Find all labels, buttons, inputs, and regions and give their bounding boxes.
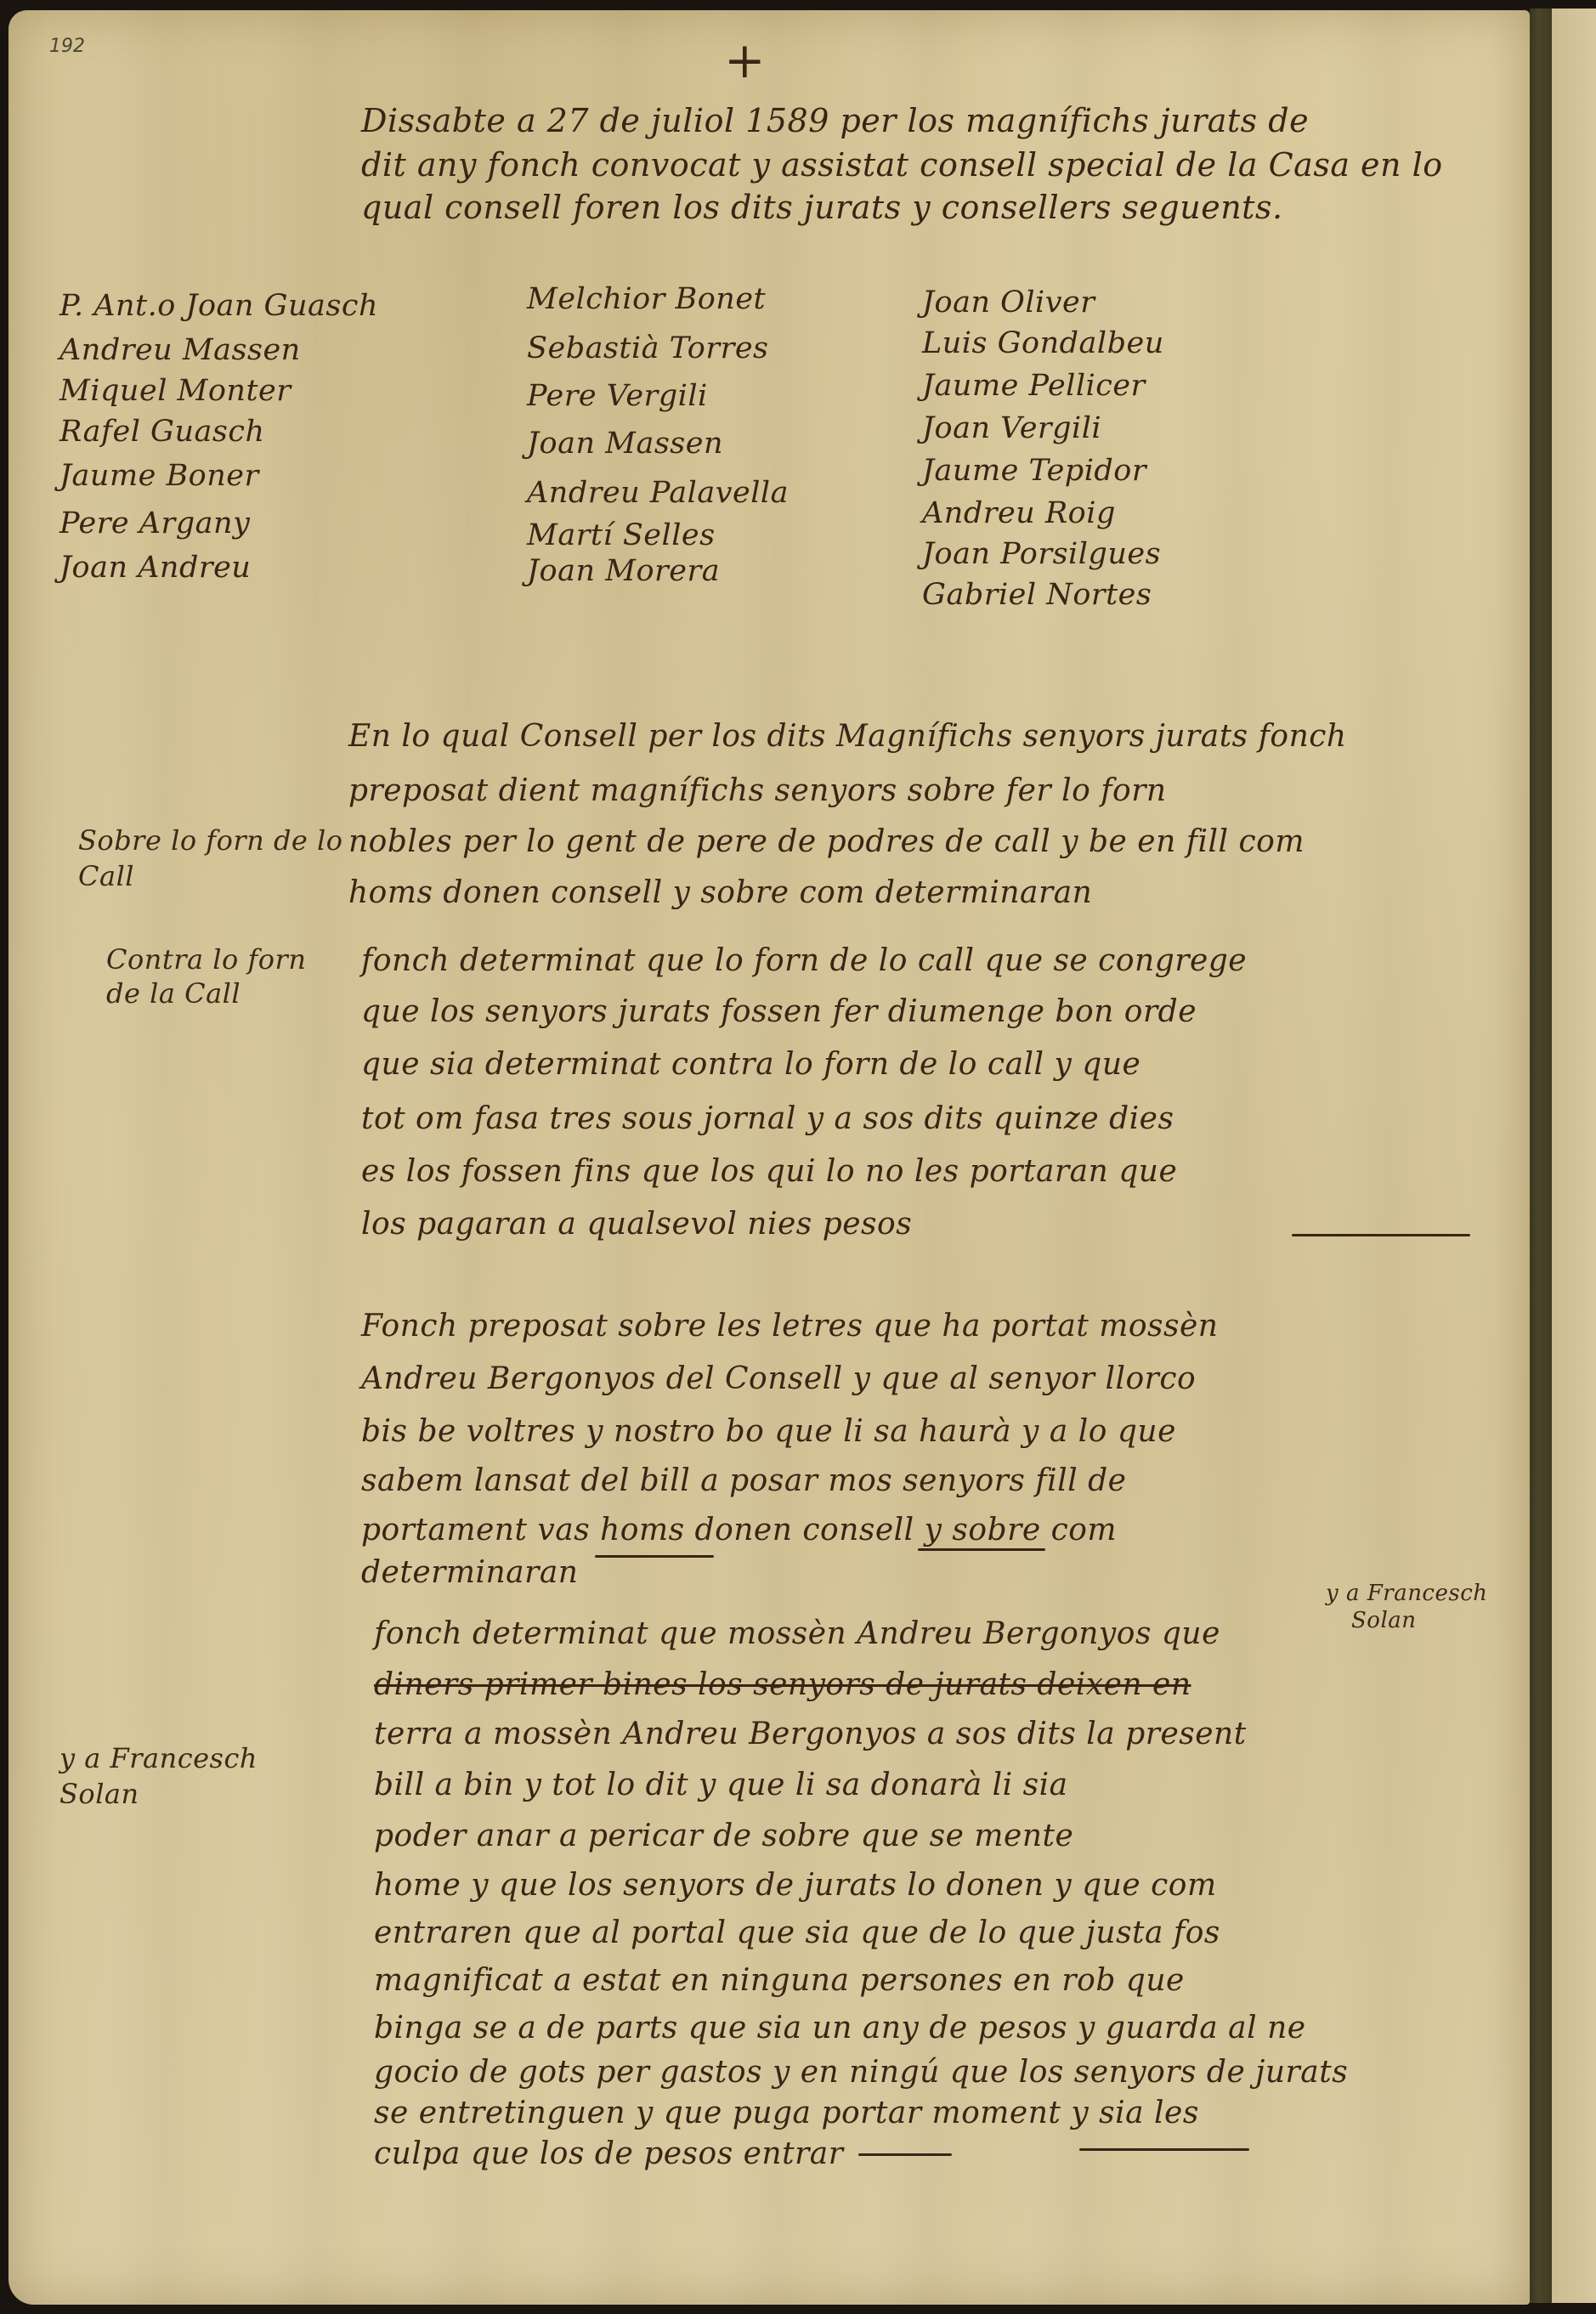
attendee-name: Andreu Massen — [59, 333, 301, 367]
margin-note: Contra lo forn — [106, 943, 306, 976]
body-line: que los senyors jurats fossen fer diumen… — [361, 994, 1197, 1029]
body-line: culpa que los de pesos entrar — [374, 2136, 843, 2171]
margin-note: Solan — [59, 1778, 139, 1810]
body-line: los pagaran a qualsevol nies pesos — [361, 1207, 912, 1242]
body-line: sabem lansat del bill a posar mos senyor… — [361, 1463, 1126, 1498]
interlinear-note: Solan — [1351, 1608, 1417, 1633]
margin-note: Sobre lo forn de lo — [78, 824, 343, 857]
heading-line-1: Dissabte a 27 de juliol 1589 per los mag… — [361, 102, 1309, 139]
heading-line-2: dit any fonch convocat y assistat consel… — [361, 146, 1443, 184]
attendee-name: P. Ant.o Joan Guasch — [59, 289, 378, 323]
body-line: binga se a de parts que sia un any de pe… — [374, 2011, 1306, 2045]
line-filler-rule — [918, 1548, 1045, 1551]
interlinear-note: y a Francesch — [1326, 1581, 1488, 1606]
body-line: nobles per lo gent de pere de podres de … — [348, 824, 1305, 859]
body-line: homs donen consell y sobre com determina… — [348, 875, 1092, 910]
attendee-name: Pere Vergili — [527, 379, 708, 413]
body-line: gocio de gots per gastos y en ningú que … — [374, 2055, 1348, 2090]
body-line: bill a bin y tot lo dit y que li sa dona… — [374, 1768, 1068, 1802]
body-line: fonch determinat que mossèn Andreu Bergo… — [374, 1616, 1220, 1651]
body-line: es los fossen fins que los qui lo no les… — [361, 1154, 1177, 1189]
body-line: determinaran — [361, 1555, 579, 1590]
folio-number: 192 — [49, 36, 85, 57]
body-line: Andreu Bergonyos del Consell y que al se… — [361, 1361, 1196, 1396]
attendee-name: Miquel Monter — [59, 374, 291, 408]
margin-note: y a Francesch — [59, 1742, 258, 1774]
attendee-name: Jaume Boner — [59, 459, 259, 493]
attendee-name: Jaume Pellicer — [922, 369, 1146, 403]
body-line: portament vas homs donen consell y sobre… — [361, 1513, 1117, 1547]
attendee-name: Joan Oliver — [922, 286, 1095, 320]
attendee-name: Andreu Roig — [922, 496, 1116, 530]
line-filler-rule — [858, 2153, 952, 2156]
body-line: se entretinguen y que puga portar moment… — [374, 2096, 1199, 2130]
body-line: bis be voltres y nostro bo que li sa hau… — [361, 1414, 1176, 1449]
body-line: terra a mossèn Andreu Bergonyos a sos di… — [374, 1717, 1247, 1751]
attendee-name: Melchior Bonet — [527, 282, 766, 316]
attendee-name: Joan Morera — [527, 554, 720, 588]
heading-line-3: qual consell foren los dits jurats y con… — [361, 189, 1283, 226]
binding-shadow — [1530, 8, 1552, 2303]
line-filler-rule — [595, 1555, 714, 1558]
attendee-name: Gabriel Nortes — [922, 578, 1152, 612]
attendee-name: Sebastià Torres — [527, 331, 769, 365]
body-line: home y que los senyors de jurats lo done… — [374, 1868, 1217, 1903]
body-line: En lo qual Consell per los dits Magnífic… — [348, 719, 1347, 754]
body-line: magnificat a estat en ninguna persones e… — [374, 1963, 1185, 1998]
attendee-name: Joan Porsilgues — [922, 537, 1161, 571]
attendee-name: Martí Selles — [527, 518, 716, 552]
body-line-struck: diners primer bines los senyors de jurat… — [374, 1667, 1191, 1702]
line-filler-rule — [1079, 2148, 1249, 2151]
attendee-name: Joan Massen — [527, 427, 723, 461]
attendee-name: Joan Andreu — [59, 551, 251, 585]
body-line: fonch determinat que lo forn de lo call … — [361, 943, 1247, 978]
cross-icon: + — [724, 36, 766, 85]
margin-note: Call — [78, 860, 134, 892]
margin-note: de la Call — [106, 977, 241, 1010]
body-line: Fonch preposat sobre les letres que ha p… — [361, 1309, 1218, 1344]
body-line: tot om fasa tres sous jornal y a sos dit… — [361, 1101, 1174, 1136]
attendee-name: Rafel Guasch — [59, 415, 264, 449]
body-line: entraren que al portal que sia que de lo… — [374, 1915, 1220, 1950]
attendee-name: Pere Argany — [59, 506, 250, 540]
body-line: poder anar a pericar de sobre que se men… — [374, 1819, 1073, 1853]
attendee-name: Joan Vergili — [922, 411, 1101, 445]
body-line: que sia determinat contra lo forn de lo … — [361, 1047, 1140, 1082]
attendee-name: Andreu Palavella — [527, 476, 789, 510]
adjacent-page-edge — [1552, 8, 1596, 2303]
body-line: preposat dient magnífichs senyors sobre … — [348, 773, 1167, 808]
line-filler-rule — [1292, 1234, 1470, 1236]
attendee-name: Jaume Tepidor — [922, 454, 1146, 488]
attendee-name: Luis Gondalbeu — [922, 326, 1164, 360]
